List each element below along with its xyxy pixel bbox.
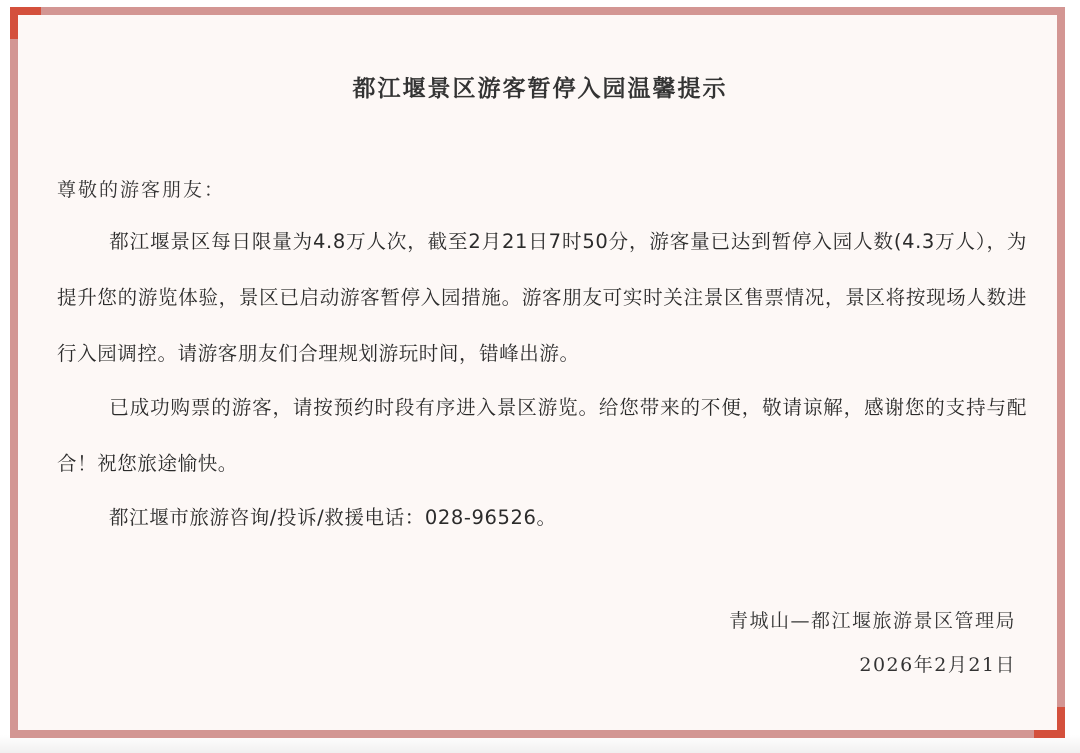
paragraph-text: 都江堰市旅游咨询/投诉/救援电话：028-96526。 xyxy=(109,506,557,529)
signature-organization: 青城山—都江堰旅游景区管理局 xyxy=(729,606,1016,633)
corner-accent-top-left-vertical xyxy=(10,7,18,39)
paragraph-hotline: 都江堰市旅游咨询/投诉/救援电话：028-96526。 xyxy=(57,490,1027,546)
paragraph-text: 已成功购票的游客，请按预约时段有序进入景区游览。给您带来的不便，敬请谅解，感谢您… xyxy=(57,396,1027,475)
paragraph-capacity-notice: 都江堰景区每日限量为4.8万人次，截至2月21日7时50分，游客量已达到暂停入园… xyxy=(57,214,1027,382)
notice-title: 都江堰景区游客暂停入园温馨提示 xyxy=(0,70,1080,103)
paragraph-text: 都江堰景区每日限量为4.8万人次，截至2月21日7时50分，游客量已达到暂停入园… xyxy=(57,230,1027,365)
corner-accent-bottom-right-vertical xyxy=(1057,707,1065,738)
salutation: 尊敬的游客朋友： xyxy=(57,175,225,202)
signature-date: 2026年2月21日 xyxy=(859,650,1016,677)
paragraph-ticket-holders: 已成功购票的游客，请按预约时段有序进入景区游览。给您带来的不便，敬请谅解，感谢您… xyxy=(57,380,1027,492)
